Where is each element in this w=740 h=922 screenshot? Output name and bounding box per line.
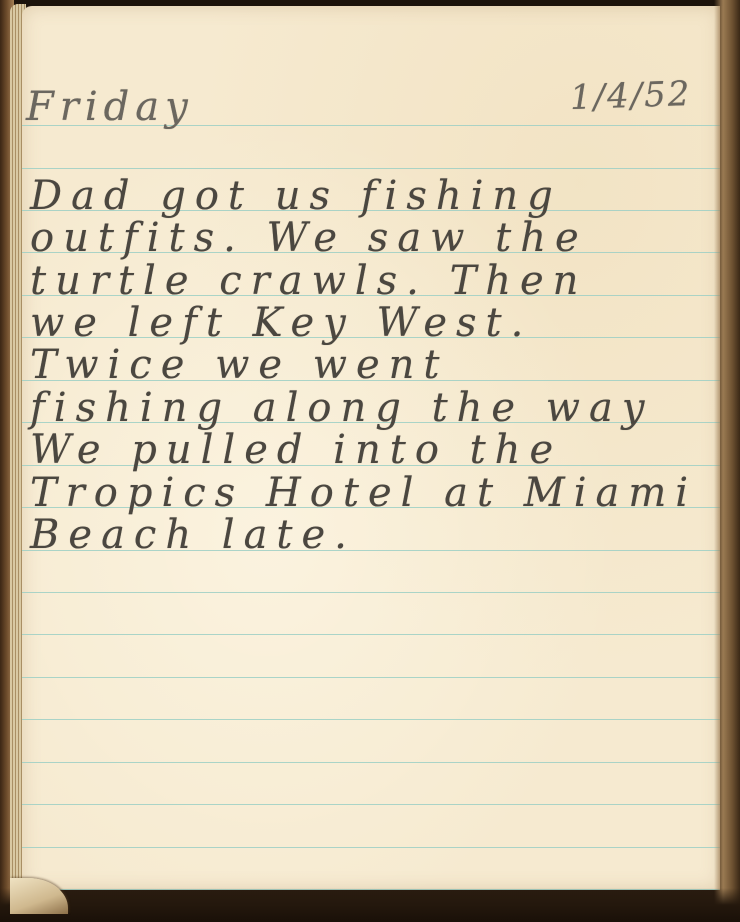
diary-scan: Friday 1/4/52 Dad got us fishing outfits…	[0, 0, 740, 922]
ruled-line	[22, 804, 720, 805]
entry-line: Dad got us fishing	[30, 174, 562, 218]
ruled-line	[22, 847, 720, 848]
entry-day: Friday	[26, 84, 194, 130]
ruled-line	[22, 592, 720, 593]
bottom-shadow	[0, 888, 740, 922]
entry-line: Tropics Hotel at Miami	[30, 471, 697, 515]
entry-date: 1/4/52	[569, 74, 692, 118]
entry-line: We pulled into the	[30, 428, 562, 472]
entry-line: Twice we went	[30, 343, 448, 387]
ruled-line	[22, 719, 720, 720]
entry-line: outfits. We saw the	[30, 216, 588, 260]
diary-page: Friday 1/4/52 Dad got us fishing outfits…	[22, 6, 720, 890]
ruled-line	[22, 762, 720, 763]
ruled-line	[22, 168, 720, 169]
entry-line: turtle crawls. Then	[30, 259, 587, 303]
ruled-line	[22, 677, 720, 678]
right-gutter-shadow	[714, 0, 740, 922]
entry-line: fishing along the way	[30, 386, 653, 430]
ruled-line	[22, 634, 720, 635]
entry-line: we left Key West.	[30, 301, 532, 345]
entry-line: Beach late.	[30, 513, 356, 557]
